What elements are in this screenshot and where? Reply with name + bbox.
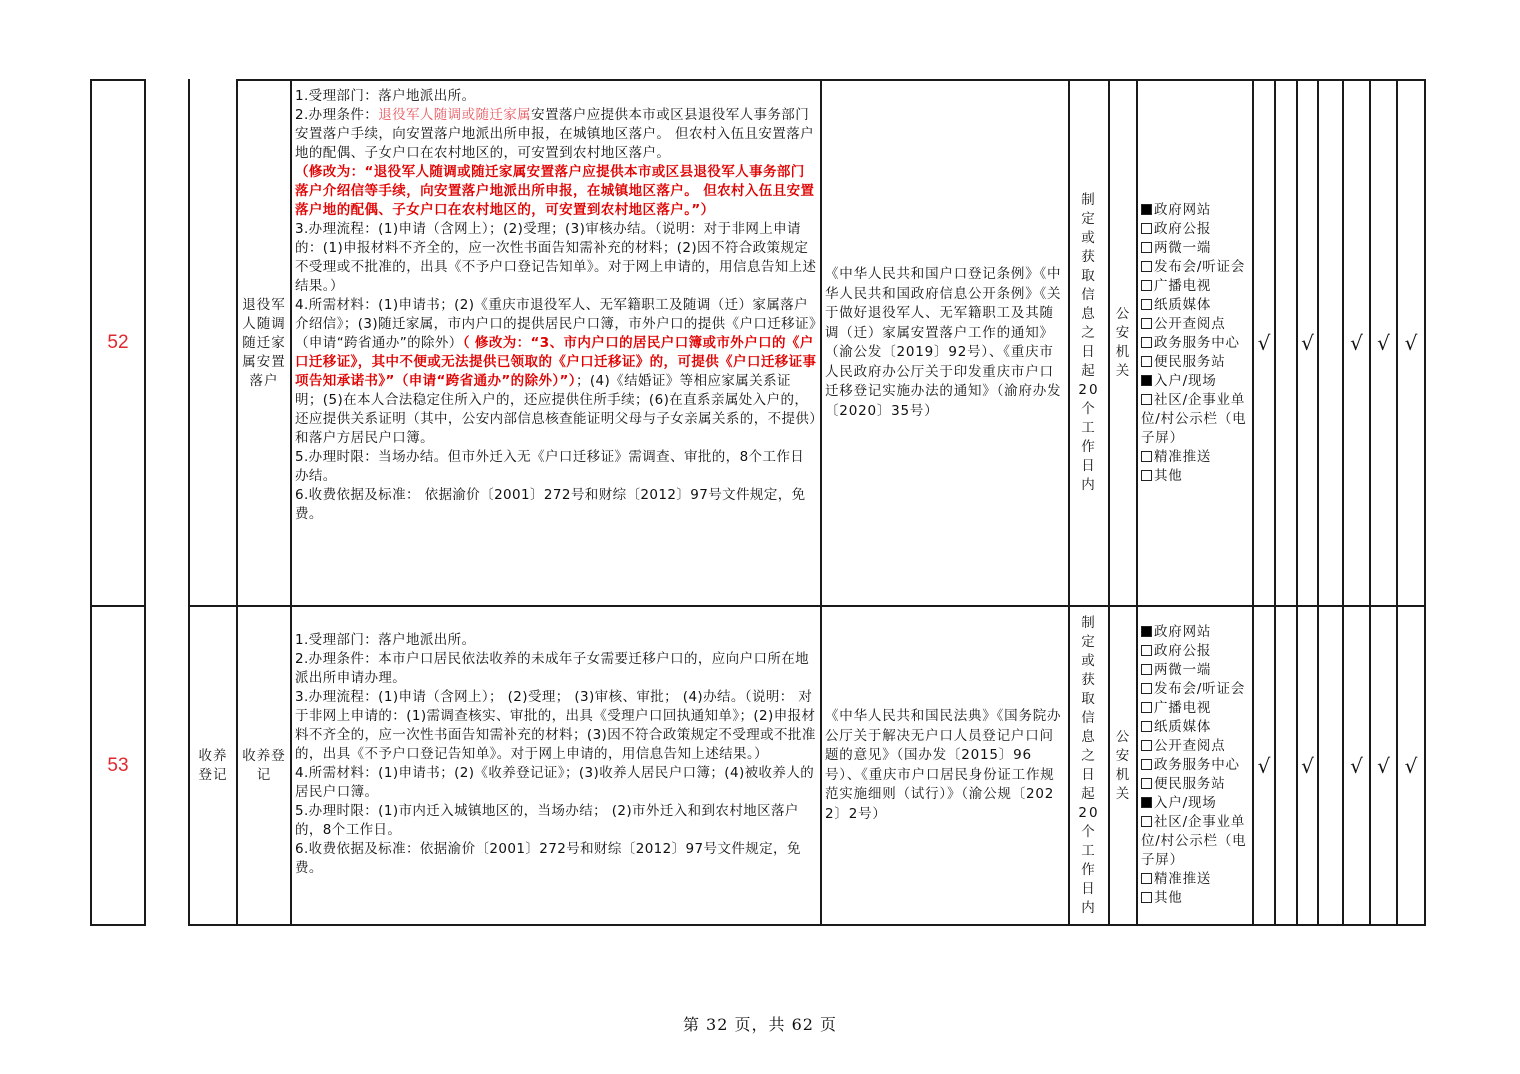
legal-basis-text: 《中华人民共和国民法典》《国务院办公厅关于解决无户口人员登记户口问题的意见》（国… xyxy=(825,707,1065,824)
checkmark-cell: √ xyxy=(1342,79,1371,607)
content-paragraph: 1.受理部门：落户地派出所。 xyxy=(295,631,817,650)
row-53-content: 1.受理部门：落户地派出所。2.办理条件：本市户口居民依法收养的未成年子女需要迁… xyxy=(290,605,822,926)
channel-label: 两微一端 xyxy=(1154,662,1211,678)
checked-box-icon xyxy=(1141,204,1152,215)
unchecked-box-icon xyxy=(1141,664,1152,675)
channel-option: 发布会/听证会 xyxy=(1141,258,1249,277)
empty-mark-cell xyxy=(1317,79,1344,607)
content-paragraph: 1.受理部门：落户地派出所。 xyxy=(295,87,817,106)
channel-label: 其他 xyxy=(1154,468,1183,484)
row-53-number: 53 xyxy=(90,605,146,926)
unchecked-box-icon xyxy=(1141,261,1152,272)
channel-option: 两微一端 xyxy=(1141,239,1249,258)
channel-option: 精准推送 xyxy=(1141,870,1249,889)
time-limit-text: 制定或获取信息之日起20个工作日内 xyxy=(1074,191,1104,495)
content-paragraph: 6.收费依据及标准： 依据渝价〔2001〕272号和财综〔2012〕97号文件规… xyxy=(295,486,817,524)
row-53-subject: 公安机关 xyxy=(1108,605,1138,926)
channel-option: 两微一端 xyxy=(1141,661,1249,680)
channel-label: 公开查阅点 xyxy=(1154,316,1226,332)
checkmark-cell: √ xyxy=(1252,605,1276,926)
channel-label: 其他 xyxy=(1154,890,1183,906)
channel-option: 纸质媒体 xyxy=(1141,718,1249,737)
channel-label: 纸质媒体 xyxy=(1154,719,1211,735)
channel-option: 发布会/听证会 xyxy=(1141,680,1249,699)
unchecked-box-icon xyxy=(1141,356,1152,367)
item-name-text: 收养登记 xyxy=(241,747,287,785)
channel-option: 政府公报 xyxy=(1141,642,1249,661)
content-paragraph: 2.办理条件：本市户口居民依法收养的未成年子女需要迁移户口的，应向户口所在地派出… xyxy=(295,650,817,688)
content-paragraph: 6.收费依据及标准：依据渝价〔2001〕272号和财综〔2012〕97号文件规定… xyxy=(295,840,817,878)
channel-option: 纸质媒体 xyxy=(1141,296,1249,315)
checkmark-cell: √ xyxy=(1296,79,1319,607)
checked-box-icon xyxy=(1141,375,1152,386)
row-52-category xyxy=(188,79,238,607)
content-paragraph: （修改为：“退役军人随调或随迁家属安置落户应提供本市或区县退役军人事务部门落户介… xyxy=(295,163,817,220)
empty-mark-cell xyxy=(1317,605,1344,926)
channel-option: 其他 xyxy=(1141,467,1249,486)
unchecked-box-icon xyxy=(1141,337,1152,348)
empty-mark-cell xyxy=(1274,79,1298,607)
unchecked-box-icon xyxy=(1141,759,1152,770)
channel-option: 便民服务站 xyxy=(1141,353,1249,372)
row-52-subject: 公安机关 xyxy=(1108,79,1138,607)
row-52-item-name: 退役军人随调随迁家属安置落户 xyxy=(236,79,292,607)
item-name-text: 退役军人随调随迁家属安置落户 xyxy=(240,296,288,391)
unchecked-box-icon xyxy=(1141,299,1152,310)
checkmark-cell: √ xyxy=(1396,605,1426,926)
content-paragraph: 3.办理流程：(1)申请（含网上）；(2)受理；(3)审核办结。（说明：对于非网… xyxy=(295,220,817,296)
unchecked-box-icon xyxy=(1141,318,1152,329)
unchecked-box-icon xyxy=(1141,778,1152,789)
channel-option: 政府网站 xyxy=(1141,201,1249,220)
row-53-legal-basis: 《中华人民共和国民法典》《国务院办公厅关于解决无户口人员登记户口问题的意见》（国… xyxy=(820,605,1070,926)
channel-label: 政府公报 xyxy=(1154,643,1211,659)
channel-label: 广播电视 xyxy=(1154,700,1211,716)
channel-label: 便民服务站 xyxy=(1154,354,1226,370)
channel-label: 发布会/听证会 xyxy=(1154,681,1245,697)
row-52-number: 52 xyxy=(90,79,146,607)
channel-option: 广播电视 xyxy=(1141,277,1249,296)
channel-label: 政府网站 xyxy=(1154,202,1211,218)
channel-option: 精准推送 xyxy=(1141,448,1249,467)
checkmark-cell: √ xyxy=(1342,605,1371,926)
checkmark-cell: √ xyxy=(1396,79,1426,607)
unchecked-box-icon xyxy=(1141,470,1152,481)
unchecked-box-icon xyxy=(1141,451,1152,462)
text-run: 2.办理条件： xyxy=(295,107,378,123)
category-text: 收养登记 xyxy=(198,747,228,785)
channel-option: 社区/企事业单位/村公示栏（电子屏） xyxy=(1141,391,1249,448)
row-53-channels: 政府网站政府公报两微一端发布会/听证会广播电视纸质媒体公开查阅点政务服务中心便民… xyxy=(1136,605,1254,926)
channel-label: 政务服务中心 xyxy=(1154,335,1240,351)
checked-box-icon xyxy=(1141,626,1152,637)
row-52-content: 1.受理部门：落户地派出所。2.办理条件：退役军人随调或随迁家属安置落户应提供本… xyxy=(290,79,822,607)
channel-option: 公开查阅点 xyxy=(1141,737,1249,756)
unchecked-box-icon xyxy=(1141,816,1152,827)
legal-basis-text: 《中华人民共和国户口登记条例》《中华人民共和国政府信息公开条例》《关于做好退役军… xyxy=(825,265,1065,421)
channel-label: 发布会/听证会 xyxy=(1154,259,1245,275)
content-paragraph: 3.办理流程：(1)申请（含网上）； (2)受理； (3)审核、审批； (4)办… xyxy=(295,688,817,764)
checkmark-cell: √ xyxy=(1252,79,1276,607)
subject-text: 公安机关 xyxy=(1116,305,1131,381)
channel-label: 政务服务中心 xyxy=(1154,757,1240,773)
checkmark-cell: √ xyxy=(1369,605,1398,926)
channel-label: 入户/现场 xyxy=(1154,795,1217,811)
row-53-time-limit: 制定或获取信息之日起20个工作日内 xyxy=(1068,605,1110,926)
channel-option: 入户/现场 xyxy=(1141,794,1249,813)
unchecked-box-icon xyxy=(1141,242,1152,253)
content-paragraph: 5.办理时限：(1)市内迁入城镇地区的，当场办结； (2)市外迁入和到农村地区落… xyxy=(295,802,817,840)
channel-option: 政务服务中心 xyxy=(1141,334,1249,353)
content-paragraph: 4.所需材料：(1)申请书；(2)《重庆市退役军人、无军籍职工及随调（迁）家属落… xyxy=(295,296,817,448)
channel-option: 政府公报 xyxy=(1141,220,1249,239)
unchecked-box-icon xyxy=(1141,683,1152,694)
checked-box-icon xyxy=(1141,797,1152,808)
content-paragraph: 4.所需材料：(1)申请书；(2)《收养登记证》；(3)收养人居民户口簿；(4)… xyxy=(295,764,817,802)
row-53-item-name: 收养登记 xyxy=(236,605,292,926)
channel-label: 精准推送 xyxy=(1154,871,1211,887)
channel-label: 纸质媒体 xyxy=(1154,297,1211,313)
channel-option: 政府网站 xyxy=(1141,623,1249,642)
channel-label: 公开查阅点 xyxy=(1154,738,1226,754)
row-53-category: 收养登记 xyxy=(188,605,238,926)
channel-option: 入户/现场 xyxy=(1141,372,1249,391)
channel-option: 广播电视 xyxy=(1141,699,1249,718)
page-number: 第 32 页，共 62 页 xyxy=(0,1012,1520,1035)
row-52-channels: 政府网站政府公报两微一端发布会/听证会广播电视纸质媒体公开查阅点政务服务中心便民… xyxy=(1136,79,1254,607)
unchecked-box-icon xyxy=(1141,645,1152,656)
content-paragraph: 5.办理时限：当场办结。但市外迁入无《户口迁移证》需调查、审批的，8个工作日办结… xyxy=(295,448,817,486)
unchecked-box-icon xyxy=(1141,280,1152,291)
unchecked-box-icon xyxy=(1141,702,1152,713)
row-52-time-limit: 制定或获取信息之日起20个工作日内 xyxy=(1068,79,1110,607)
highlighted-text-run: 退役军人随调或随迁家属 xyxy=(378,107,531,123)
channel-option: 便民服务站 xyxy=(1141,775,1249,794)
subject-text: 公安机关 xyxy=(1116,728,1131,804)
channel-label: 精准推送 xyxy=(1154,449,1211,465)
channel-option: 公开查阅点 xyxy=(1141,315,1249,334)
channel-label: 便民服务站 xyxy=(1154,776,1226,792)
unchecked-box-icon xyxy=(1141,873,1152,884)
row-52-legal-basis: 《中华人民共和国户口登记条例》《中华人民共和国政府信息公开条例》《关于做好退役军… xyxy=(820,79,1070,607)
unchecked-box-icon xyxy=(1141,721,1152,732)
channel-label: 政府公报 xyxy=(1154,221,1211,237)
channel-option: 政务服务中心 xyxy=(1141,756,1249,775)
time-limit-text: 制定或获取信息之日起20个工作日内 xyxy=(1074,614,1104,918)
checkmark-cell: √ xyxy=(1296,605,1319,926)
unchecked-box-icon xyxy=(1141,892,1152,903)
checkmark-cell: √ xyxy=(1369,79,1398,607)
unchecked-box-icon xyxy=(1141,394,1152,405)
unchecked-box-icon xyxy=(1141,740,1152,751)
content-paragraph: 2.办理条件：退役军人随调或随迁家属安置落户应提供本市或区县退役军人事务部门安置… xyxy=(295,106,817,163)
empty-mark-cell xyxy=(1274,605,1298,926)
channel-label: 社区/企事业单位/村公示栏（电子屏） xyxy=(1141,814,1246,868)
channel-label: 两微一端 xyxy=(1154,240,1211,256)
channel-option: 其他 xyxy=(1141,889,1249,908)
channel-label: 广播电视 xyxy=(1154,278,1211,294)
channel-label: 社区/企事业单位/村公示栏（电子屏） xyxy=(1141,392,1246,446)
channel-option: 社区/企事业单位/村公示栏（电子屏） xyxy=(1141,813,1249,870)
unchecked-box-icon xyxy=(1141,223,1152,234)
channel-label: 入户/现场 xyxy=(1154,373,1217,389)
channel-label: 政府网站 xyxy=(1154,624,1211,640)
